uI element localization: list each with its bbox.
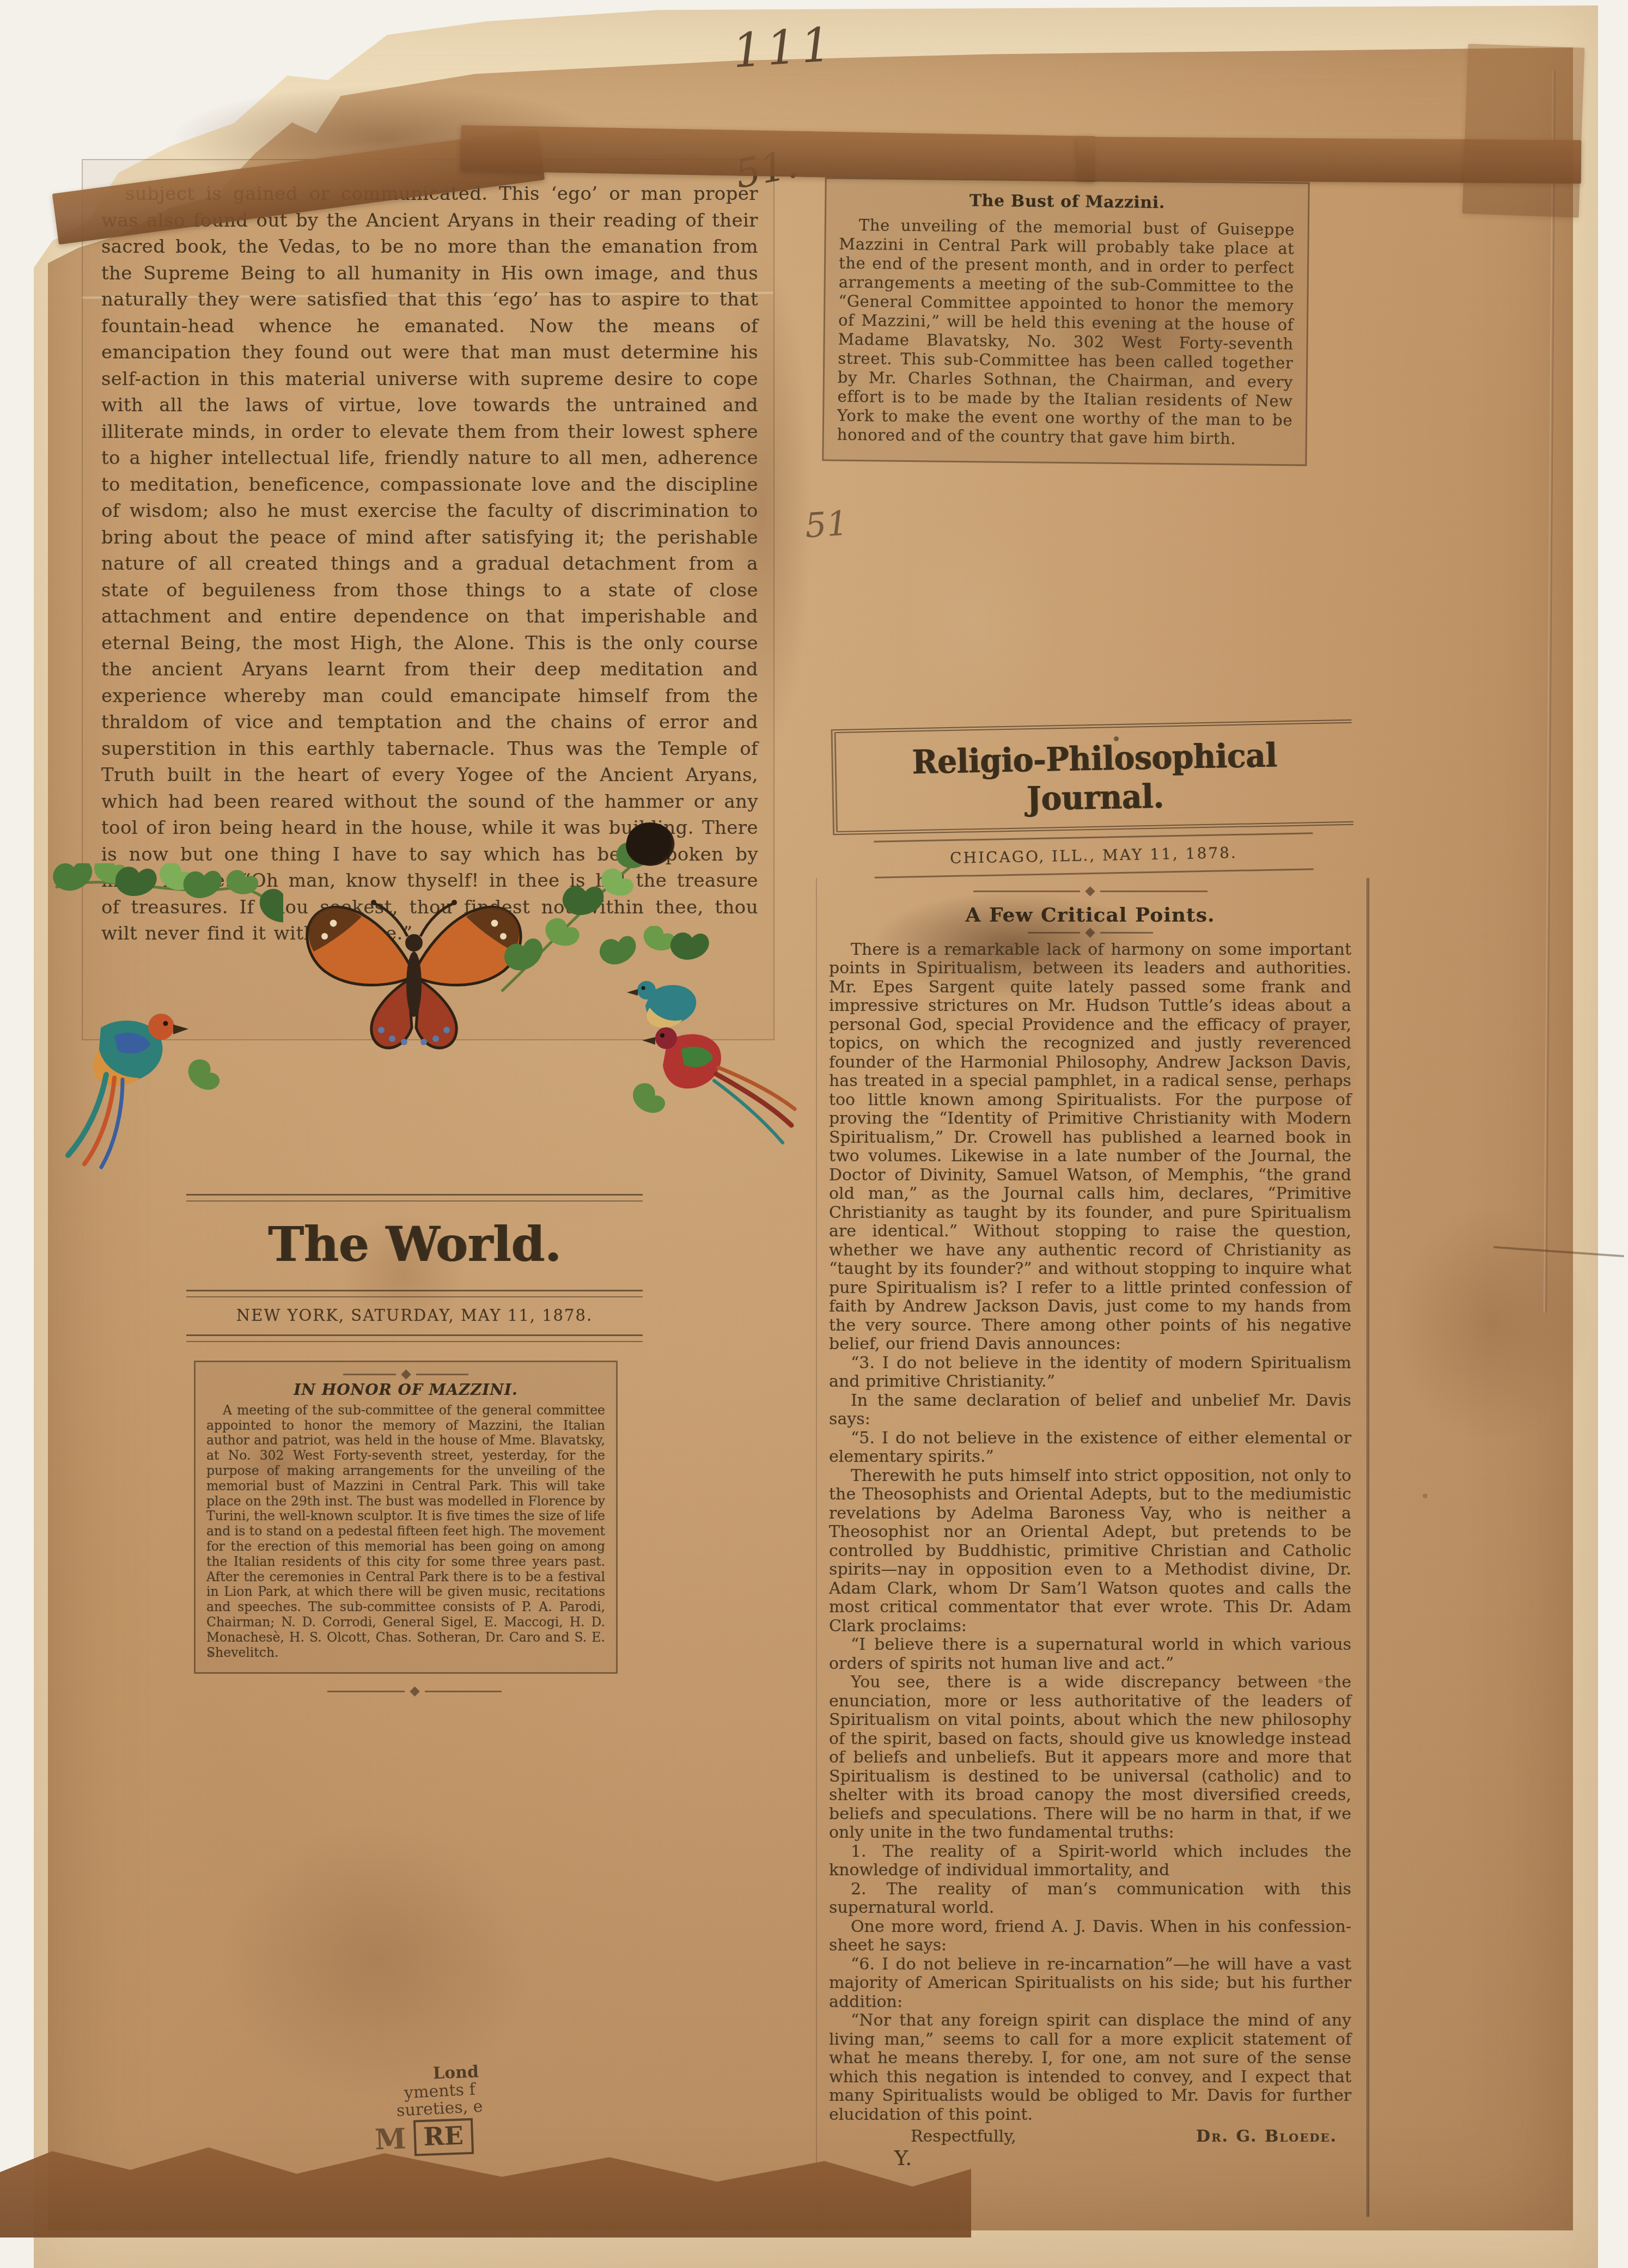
critical-points-title: A Few Critical Points. <box>829 906 1351 925</box>
article-paragraph: “I believe there is a supernatural world… <box>829 1636 1351 1673</box>
ego-essay-clipping: subject is gained or communicated. This … <box>82 159 775 1040</box>
speck <box>208 1651 213 1656</box>
diamond-ornament-icon <box>1085 928 1095 937</box>
article-paragraph: Therewith he puts himself into strict op… <box>829 1467 1351 1636</box>
diamond-ornament-icon <box>401 1369 411 1379</box>
ornament-divider <box>1028 929 1153 936</box>
signature-row: Respectfully, Dr. G. Bloede. <box>829 2124 1351 2147</box>
bust-of-mazzini-clipping: The Bust of Mazzini. The unveiling of th… <box>822 177 1309 466</box>
article-paragraph: You see, there is a wide discrepancy bet… <box>829 1673 1351 1843</box>
speck <box>1114 736 1119 741</box>
masthead-rule <box>186 1194 643 1202</box>
ornament-divider <box>327 1688 502 1695</box>
article-paragraph: “Nor that any foreign spirit can displac… <box>829 2011 1351 2124</box>
rpj-masthead-box: Religio-Philosophical Journal. <box>831 720 1353 835</box>
in-honor-of-mazzini-article: IN HONOR OF MAZZINI. A meeting of the su… <box>194 1361 618 1674</box>
speck <box>1318 1679 1323 1684</box>
tape-strip <box>1462 44 1585 217</box>
mazzini-article-body: A meeting of the sub-committee of the ge… <box>206 1403 605 1661</box>
article-paragraph: One more word, friend A. J. Davis. When … <box>829 1918 1351 1955</box>
torn-stamp-fragment: M RE <box>374 2118 474 2157</box>
masthead-rule <box>186 1334 643 1342</box>
critical-points-article: A Few Critical Points. There is a remark… <box>816 878 1369 2217</box>
article-paragraph: There is a remarkable lack of harmony on… <box>829 941 1351 1354</box>
article-paragraph: “3. I do not believe in the identity of … <box>829 1354 1351 1392</box>
masthead-rule <box>186 1290 643 1297</box>
article-paragraph: “6. I do not believe in re-incarnation”—… <box>829 1955 1351 2012</box>
handwritten-page-number: 111 <box>731 17 837 79</box>
diamond-ornament-icon <box>410 1687 419 1697</box>
world-masthead: The World. <box>186 1202 643 1290</box>
scrapbook-scan: 111 51. 51 subject is gained or communic… <box>0 0 1628 2268</box>
mazzini-article-title: IN HONOR OF MAZZINI. <box>206 1382 605 1398</box>
article-paragraph: 2. The reality of man’s communication wi… <box>829 1880 1351 1918</box>
speck <box>704 350 709 355</box>
handwritten-mark-middle: 51 <box>804 503 850 545</box>
signature-name: Dr. G. Bloede. <box>1196 2127 1337 2147</box>
speck <box>415 1547 420 1552</box>
rpj-masthead-clipping: Religio-Philosophical Journal. CHICAGO, … <box>831 720 1354 879</box>
diamond-ornament-icon <box>1085 886 1095 896</box>
ornament-divider <box>973 888 1208 895</box>
torn-print-fragment: Y. <box>894 2149 1351 2168</box>
article-paragraph: 1. The reality of a Spirit-world which i… <box>829 1843 1351 1880</box>
bust-of-mazzini-body: The unveiling of the memorial bust of Gu… <box>837 216 1295 449</box>
article-paragraph: “5. I do not believe in the existence of… <box>829 1429 1351 1467</box>
article-paragraph: In the same declaration of belief and un… <box>829 1392 1351 1429</box>
world-dateline: NEW YORK, SATURDAY, MAY 11, 1878. <box>186 1297 643 1334</box>
speck <box>1423 1493 1428 1498</box>
rpj-masthead-title: Religio-Philosophical Journal. <box>839 735 1350 822</box>
ornament-divider <box>343 1371 468 1378</box>
the-world-clipping: The World. NEW YORK, SATURDAY, MAY 11, 1… <box>186 1194 643 1699</box>
stamp-box: RE <box>413 2118 474 2156</box>
bust-of-mazzini-title: The Bust of Mazzini. <box>839 190 1295 214</box>
signature-label: Respectfully, <box>911 2127 1016 2147</box>
stamp-letter: M <box>374 2122 407 2156</box>
